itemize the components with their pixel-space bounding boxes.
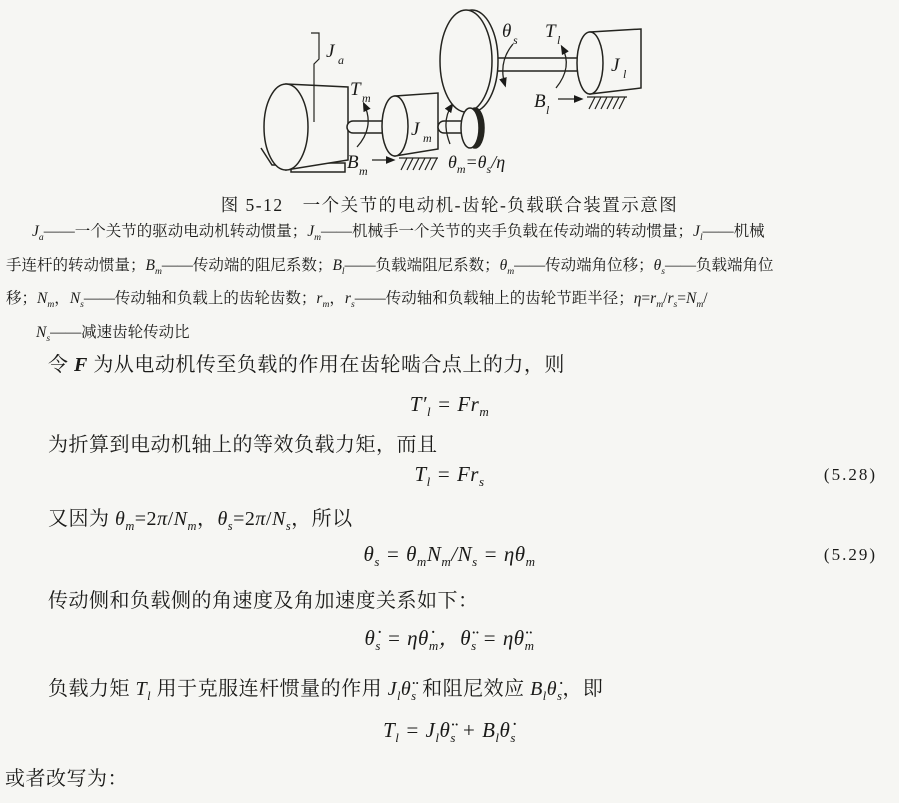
motor-body bbox=[261, 84, 348, 172]
label-base: T bbox=[350, 79, 362, 100]
equation-5: Tl = Jlθ̈s + Blθ̇s bbox=[383, 718, 516, 742]
label-sub: m bbox=[362, 91, 371, 105]
equation-row-3: θs = θmNm/Ns = ηθm (5.29) bbox=[0, 542, 899, 570]
jm-face bbox=[382, 96, 408, 156]
label-base: θ bbox=[502, 21, 511, 42]
equation-number-5-28: (5.28) bbox=[824, 465, 877, 485]
body-paragraph-3: 又因为 θm=2π/Nm，θs=2π/Ns，所以 bbox=[8, 502, 891, 534]
jl-face bbox=[577, 32, 603, 94]
label-sub: l bbox=[557, 33, 561, 47]
large-gear bbox=[440, 10, 498, 112]
label-sub: l bbox=[546, 103, 550, 117]
small-gear-front bbox=[461, 108, 479, 148]
label-bl: B l bbox=[534, 91, 550, 117]
body-paragraph-6: 或者改写为： bbox=[5, 762, 891, 791]
bl-ground-hatch bbox=[587, 97, 627, 109]
joint-motor-gear-load-diagram: J a T m J m B m θm=θs/η θ s T l bbox=[0, 0, 899, 190]
body-paragraph-5: 负载力矩 Tl 用于克服连杆惯量的作用 Jlθ̈s 和阻尼效应 Blθ̇s，即 bbox=[8, 672, 891, 704]
jl-cylinder bbox=[577, 29, 641, 94]
large-gear-front bbox=[440, 10, 492, 112]
label-theta-equation: θm=θs/η bbox=[448, 152, 505, 176]
body-paragraph-4: 传动侧和负载侧的角速度及角加速度关系如下： bbox=[8, 584, 891, 613]
label-sub: a bbox=[338, 53, 344, 67]
label-sub: s bbox=[513, 33, 518, 47]
body-paragraph-2: 为折算到电动机轴上的等效负载力矩，而且 bbox=[8, 428, 891, 457]
bm-ground-hatch bbox=[399, 158, 438, 170]
body-paragraph-1: 令 F 为从电动机传至负载的作用在齿轮啮合点上的力，则 bbox=[8, 348, 891, 377]
motor-face bbox=[264, 84, 308, 170]
equation-number-5-29: (5.29) bbox=[824, 545, 877, 565]
figure-caption: 图 5-12 一个关节的电动机-齿轮-负载联合装置示意图 bbox=[0, 192, 899, 217]
equation-row-4: θ̇s = ηθ̇m，θ̈s = ηθ̈m bbox=[0, 622, 899, 654]
label-sub: m bbox=[359, 164, 368, 178]
figure-legend: Ja——一个关节的驱动电动机转动惯量；Jm——机械手一个关节的夹手负载在传动端的… bbox=[6, 218, 896, 352]
legend-line: 移；Nm，Ns——传动轴和负载上的齿轮齿数；rm，rs——传动轴和负载轴上的齿轮… bbox=[6, 285, 896, 319]
small-gear bbox=[461, 108, 484, 148]
legend-line: 手连杆的转动惯量；Bm——传动端的阻尼系数；Bl——负载端阻尼系数；θm——传动… bbox=[6, 252, 896, 286]
label-base: B bbox=[347, 152, 359, 173]
equation-row-1: T′l = Frm bbox=[0, 392, 899, 420]
label-tm: T m bbox=[350, 79, 371, 105]
label-theta-s: θ s bbox=[502, 21, 518, 47]
label-tl: T l bbox=[545, 21, 561, 47]
label-ja: J a bbox=[326, 41, 344, 67]
equation-row-2: Tl = Frs (5.28) bbox=[0, 462, 899, 490]
equation-4: θ̇s = ηθ̇m，θ̈s = ηθ̈m bbox=[365, 626, 535, 650]
textbook-page: J a T m J m B m θm=θs/η θ s T l bbox=[0, 0, 899, 803]
legend-line: Ja——一个关节的驱动电动机转动惯量；Jm——机械手一个关节的夹手负载在传动端的… bbox=[6, 218, 896, 252]
equation-row-5: Tl = Jlθ̈s + Blθ̇s bbox=[0, 718, 899, 746]
equation-1: T′l = Frm bbox=[410, 392, 489, 416]
label-base: B bbox=[534, 91, 546, 112]
label-sub: m bbox=[423, 131, 432, 145]
label-base: T bbox=[545, 21, 557, 42]
equation-2: Tl = Frs bbox=[414, 462, 484, 486]
jm-cylinder bbox=[382, 93, 438, 156]
label-base: J bbox=[326, 41, 336, 62]
label-bm: B m bbox=[347, 152, 368, 178]
equation-3: θs = θmNm/Ns = ηθm bbox=[364, 542, 536, 566]
